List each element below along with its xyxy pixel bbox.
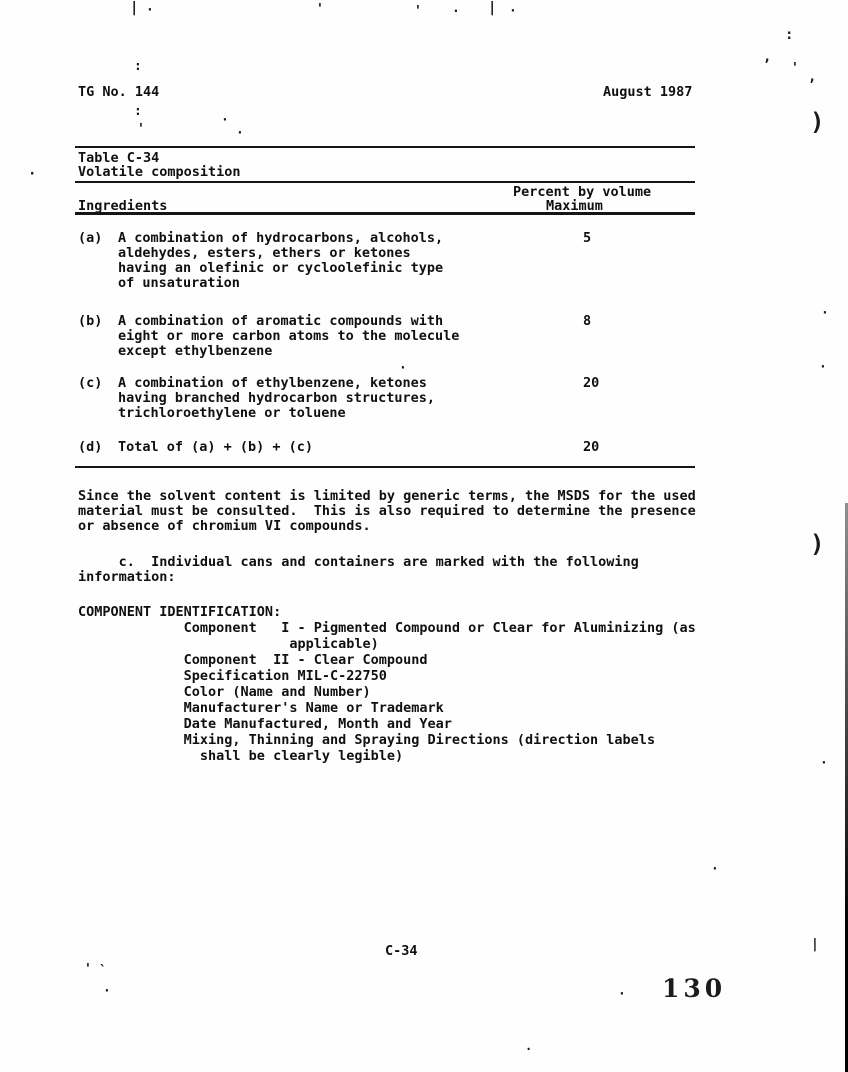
table-bottom-rule: [75, 466, 695, 468]
row-ingredient-text: A combination of hydrocarbons, alcohols,…: [78, 231, 718, 291]
scan-speck: ): [810, 110, 824, 134]
row-item-label: (c): [78, 376, 102, 391]
table-top-rule: [75, 146, 695, 148]
table-row: (d)Total of (a) + (b) + (c)20: [78, 440, 718, 455]
row-max-percent-value: 5: [583, 231, 591, 246]
scan-speck: ): [810, 532, 824, 556]
scan-speck: :: [134, 105, 142, 118]
scan-speck: ·: [28, 167, 36, 181]
scan-speck: ': [137, 123, 145, 136]
scan-speck: :: [785, 28, 793, 42]
row-ingredient-text: A combination of aromatic compounds with…: [78, 314, 718, 359]
row-max-percent-value: 8: [583, 314, 591, 329]
scan-speck: ·: [525, 1043, 532, 1055]
row-ingredient-text: Total of (a) + (b) + (c): [78, 440, 718, 455]
document-page: TG No. 144 August 1987 Table C-34 Volati…: [0, 0, 848, 1072]
footer-page-label: C-34: [385, 944, 418, 959]
scan-speck: ·: [146, 4, 154, 17]
scan-speck: ·: [103, 985, 111, 998]
scan-speck: ·: [236, 127, 244, 140]
scan-speck: ·: [821, 307, 829, 320]
table-row: (c)A combination of ethylbenzene, ketone…: [78, 376, 718, 421]
scan-speck: ·: [509, 5, 517, 18]
scan-speck: ·: [819, 361, 827, 374]
row-ingredient-text: A combination of ethylbenzene, ketones h…: [78, 376, 718, 421]
row-item-label: (a): [78, 231, 102, 246]
table-subtitle: Volatile composition: [78, 165, 241, 180]
scan-speck: ·: [820, 757, 828, 770]
component-identification-block: COMPONENT IDENTIFICATION: Component I - …: [78, 604, 696, 764]
page-number-stamp: 130: [662, 974, 726, 1003]
scan-speck: |: [811, 938, 819, 951]
scan-speck: ·: [221, 114, 229, 127]
doc-date: August 1987: [603, 85, 692, 100]
scan-speck: ': [791, 62, 799, 75]
scan-speck: ·: [711, 863, 719, 876]
item-c-paragraph: c. Individual cans and containers are ma…: [78, 555, 639, 585]
table-row: (b)A combination of aromatic compounds w…: [78, 314, 718, 359]
scan-speck: ,: [763, 50, 771, 64]
table-header-rule: [75, 212, 695, 215]
row-max-percent-value: 20: [583, 376, 599, 391]
doc-number: TG No. 144: [78, 85, 159, 100]
table-subtitle-rule: [75, 181, 695, 183]
scan-speck: ': [414, 5, 422, 18]
scan-speck: .: [452, 2, 460, 15]
msds-paragraph: Since the solvent content is limited by …: [78, 489, 696, 534]
scan-speck: |: [488, 1, 496, 15]
table-row: (a)A combination of hydrocarbons, alcoho…: [78, 231, 718, 291]
scan-speck: ': [316, 3, 324, 16]
scan-speck: :: [134, 60, 142, 73]
scan-speck: ': [84, 963, 92, 976]
scan-speck: ·: [399, 362, 407, 375]
scan-speck: ·: [618, 988, 626, 1001]
scan-speck: ,: [808, 70, 816, 84]
row-max-percent-value: 20: [583, 440, 599, 455]
scan-speck: |: [130, 1, 138, 15]
scan-speck: `: [99, 965, 107, 978]
row-item-label: (b): [78, 314, 102, 329]
row-item-label: (d): [78, 440, 102, 455]
